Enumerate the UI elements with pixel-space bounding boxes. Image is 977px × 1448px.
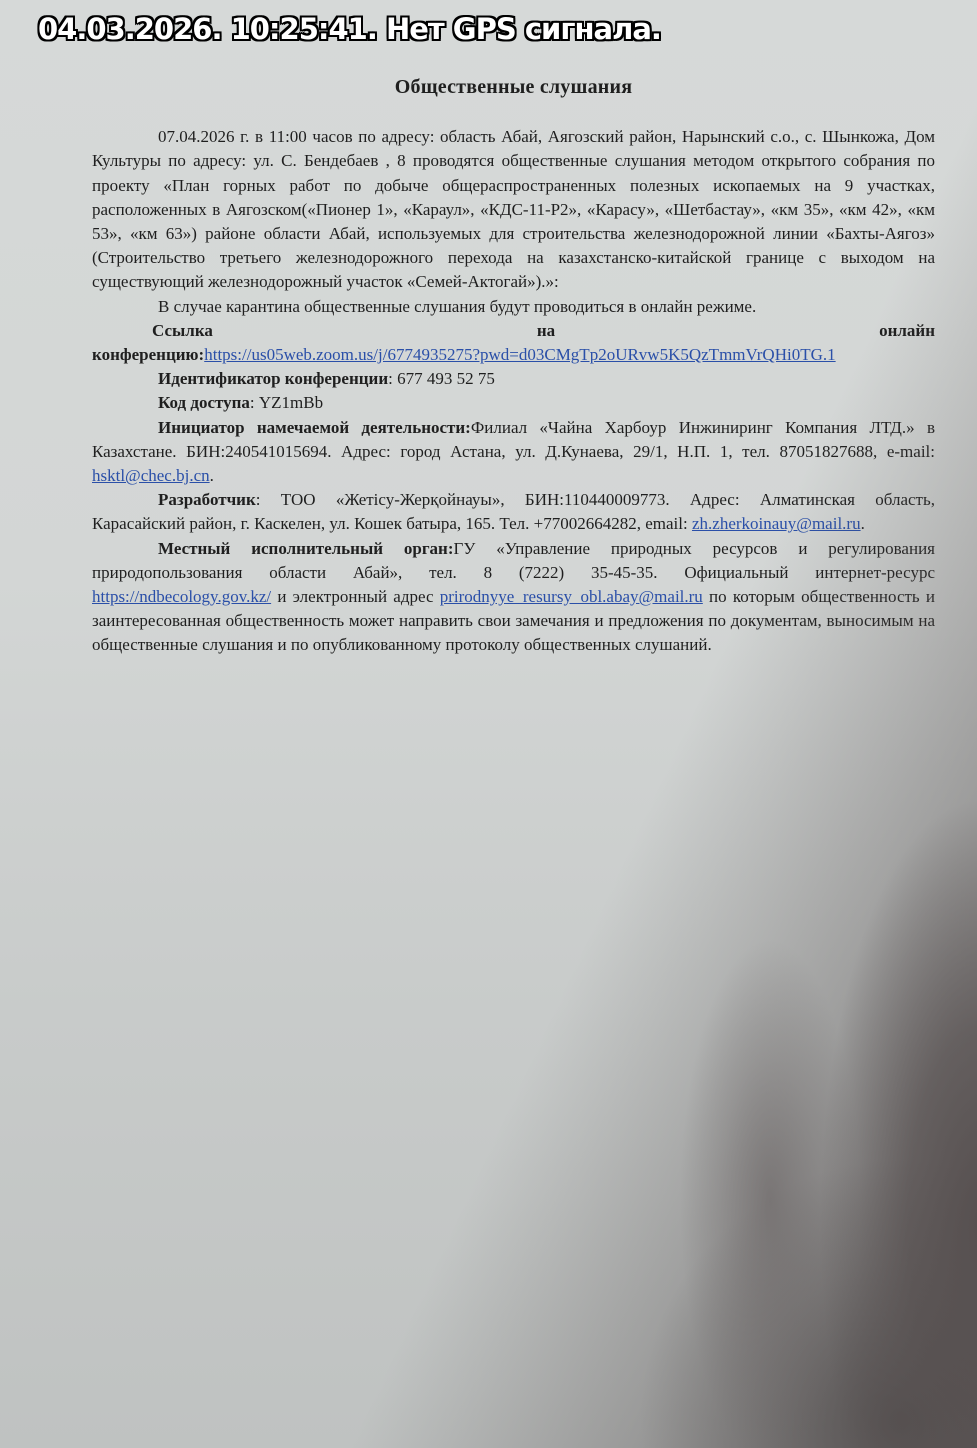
developer-paragraph: Разработчик: ТОО «Жетісу-Жерқойнауы», БИ… — [92, 488, 935, 536]
developer-end: . — [861, 514, 865, 533]
local-authority-paragraph: Местный исполнительный орган:ГУ «Управле… — [92, 537, 935, 658]
conference-id-value: : 677 493 52 75 — [388, 369, 495, 388]
conference-id-label: Идентификатор конференции — [158, 369, 388, 388]
conference-id-line: Идентификатор конференции: 677 493 52 75 — [92, 367, 935, 391]
local-authority-mid: и электронный адрес — [271, 587, 440, 606]
access-code-value: : YZ1mBb — [250, 393, 323, 412]
initiator-email-link[interactable]: hsktl@chec.bj.cn — [92, 466, 210, 485]
initiator-label: Инициатор намечаемой деятельности: — [158, 418, 471, 437]
initiator-end: . — [210, 466, 214, 485]
developer-label: Разработчик — [158, 490, 256, 509]
camera-timestamp-overlay: 04.03.2026. 10:25:41. Нет GPS сигнала. — [38, 12, 661, 46]
conference-link-label-word-2: на — [537, 319, 555, 343]
quarantine-paragraph: В случае карантина общественные слушания… — [92, 295, 935, 319]
local-authority-label: Местный исполнительный орган: — [158, 539, 454, 558]
conference-link-label-word-3: онлайн — [879, 319, 935, 343]
initiator-paragraph: Инициатор намечаемой деятельности:Филиал… — [92, 416, 935, 489]
conference-link-paragraph: конференцию:https://us05web.zoom.us/j/67… — [92, 343, 935, 367]
conference-link-label-line: Ссылка на онлайн — [92, 319, 935, 343]
document-page: Общественные слушания 07.04.2026 г. в 11… — [92, 75, 935, 658]
local-authority-website-link[interactable]: https://ndbecology.gov.kz/ — [92, 587, 271, 606]
access-code-line: Код доступа: YZ1mBb — [92, 391, 935, 415]
conference-link[interactable]: https://us05web.zoom.us/j/6774935275?pwd… — [204, 345, 835, 364]
developer-email-link[interactable]: zh.zherkoinauy@mail.ru — [692, 514, 861, 533]
document-title: Общественные слушания — [92, 75, 935, 99]
local-authority-email-link[interactable]: prirodnyye_resursy_obl.abay@mail.ru — [440, 587, 703, 606]
intro-paragraph: 07.04.2026 г. в 11:00 часов по адресу: о… — [92, 125, 935, 294]
conference-link-label-word-1: Ссылка — [152, 319, 213, 343]
access-code-label: Код доступа — [158, 393, 250, 412]
conference-link-label-end: конференцию: — [92, 345, 204, 364]
